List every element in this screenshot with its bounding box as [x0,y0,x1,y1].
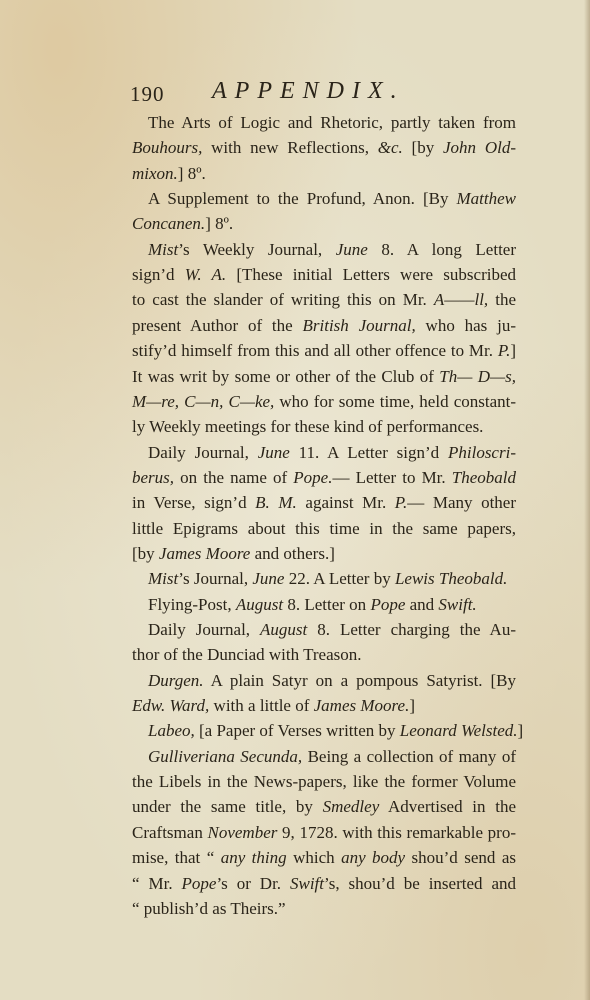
text-span: 8. Letter on [283,595,370,614]
text-span: ] [510,341,516,360]
italic-text: British Journal, [303,316,416,335]
text-span: ] [518,721,524,740]
text-line: [by James Moore and others.] [132,544,516,564]
italic-text: James Moore [159,544,250,563]
text-line: Daily Journal, June 11. A Letter sign’d … [148,443,516,463]
text-line: stify’d himself from this and all other … [132,341,516,361]
text-span: 8. Letter charging the Au- [307,620,516,639]
italic-text: Lewis Theobald. [395,569,507,588]
italic-text: W. A. [185,265,226,284]
text-span: ’s Weekly Journal, [178,240,336,259]
text-line: in Verse, sign’d B. M. against Mr. P.— M… [132,493,516,513]
text-line: thor of the Dunciad with Treason. [132,645,516,665]
italic-text: August [236,595,283,614]
text-span: shou’d send as [405,848,516,867]
text-span: ’s, shou’d be inserted and [324,874,516,893]
text-line: Daily Journal, August 8. Letter charging… [148,620,516,640]
text-span: “ Mr. [132,874,182,893]
italic-text: &c. [378,138,403,157]
italic-text: B. M. [255,493,297,512]
italic-text: Edw. Ward, [132,696,209,715]
text-span: present Author of the [132,316,303,335]
text-span: on the name of [174,468,293,487]
italic-text: Swift [290,874,324,893]
text-span: 9, 1728. with this remarkable pro- [277,823,516,842]
page-edge-shadow [584,0,590,1000]
italic-text: Philoscri- [448,443,516,462]
text-span: and [405,595,438,614]
text-span: A Supplement to the Profund, Anon. [By [148,189,457,208]
text-span: Being a collection of many of [302,747,516,766]
italic-text: Pope [370,595,405,614]
running-head: APPENDIX. [212,78,405,105]
text-span: The Arts of Logic and Rhetoric, partly t… [148,113,516,132]
text-span: which [287,848,341,867]
text-span: and others.] [250,544,335,563]
text-span: against Mr. [297,493,395,512]
text-line: “ publish’d as Theirs.” [132,899,516,919]
text-span: Daily Journal, [148,443,258,462]
italic-text: Theobald [452,468,516,487]
text-span: sign’d [132,265,185,284]
italic-text: November [208,823,278,842]
italic-text: Bouhours, [132,138,202,157]
italic-text: June [336,240,368,259]
text-span: [by [403,138,443,157]
text-line: Concanen.] 8º. [132,214,516,234]
italic-text: James Moore. [314,696,410,715]
text-span: Flying-Post, [148,595,236,614]
text-line: The Arts of Logic and Rhetoric, partly t… [148,113,516,133]
text-span: — Letter to Mr. [332,468,451,487]
text-span: under the same title, by [132,797,323,816]
text-span: Advertised in the [379,797,516,816]
text-line: ly Weekly meetings for these kind of per… [132,417,516,437]
text-line: Mist’s Journal, June 22. A Letter by Lew… [148,569,516,589]
italic-text: Leonard Welsted. [400,721,518,740]
text-span: 8. A long Letter [368,240,516,259]
text-line: Durgen. A plain Satyr on a pompous Satyr… [148,671,516,691]
italic-text: Th— D—s, [439,367,516,386]
text-span: thor of the Dunciad with Treason. [132,645,361,664]
text-span: ] 8º. [205,214,233,233]
italic-text: Swift. [438,595,476,614]
italic-text: P. [498,341,510,360]
text-line: Bouhours, with new Reflections, &c. [by … [132,138,516,158]
text-span: with a little of [209,696,313,715]
text-line: Craftsman November 9, 1728. with this re… [132,823,516,843]
italic-text: John Old- [443,138,516,157]
text-line: to cast the slander of writing this on M… [132,290,516,310]
text-span: Craftsman [132,823,208,842]
text-line: It was writ by some or other of the Club… [132,367,516,387]
italic-text: Durgen. [148,671,204,690]
text-span: “ publish’d as Theirs.” [132,899,286,918]
text-line: under the same title, by Smedley Adverti… [132,797,516,817]
text-span: the [488,290,516,309]
italic-text: Pope [182,874,217,893]
text-span: little Epigrams about this time in the s… [132,519,516,538]
italic-text: Labeo, [148,721,195,740]
text-line: A Supplement to the Profund, Anon. [By M… [148,189,516,209]
text-line: Gulliveriana Secunda, Being a collection… [148,747,516,767]
text-line: sign’d W. A. [These initial Letters were… [132,265,516,285]
italic-text: any body [341,848,405,867]
italic-text: M—re, C—n, C—ke, [132,392,274,411]
text-span: 11. A Letter sign’d [290,443,448,462]
italic-text: berus, [132,468,174,487]
italic-text: P. [395,493,407,512]
italic-text: Concanen. [132,214,205,233]
text-span: A plain Satyr on a pompous Satyrist. [By [204,671,516,690]
text-span: in Verse, sign’d [132,493,255,512]
text-span: ] 8º. [178,164,206,183]
text-line: present Author of the British Journal, w… [132,316,516,336]
text-line: Edw. Ward, with a little of James Moore.… [132,696,516,716]
text-line: mise, that “ any thing which any body sh… [132,848,516,868]
text-span: who has ju- [416,316,516,335]
italic-text: Smedley [323,797,380,816]
text-span: — Many other [407,493,516,512]
italic-text: Mist [148,240,178,259]
text-span: ] [409,696,415,715]
text-span: ly Weekly meetings for these kind of per… [132,417,483,436]
italic-text: Matthew [457,189,517,208]
italic-text: June [258,443,290,462]
text-span: with new Reflections, [202,138,377,157]
text-span: ’s or Dr. [216,874,290,893]
text-span: [by [132,544,159,563]
text-line: Flying-Post, August 8. Letter on Pope an… [148,595,516,615]
text-line: the Libels in the News-papers, like the … [132,772,516,792]
text-span: It was writ by some or other of the Club… [132,367,439,386]
text-line: little Epigrams about this time in the s… [132,519,516,539]
italic-text: A——ll, [434,290,488,309]
book-page: 190 APPENDIX. The Arts of Logic and Rhet… [0,0,590,1000]
italic-text: mixon. [132,164,178,183]
text-span: ’s Journal, [178,569,252,588]
text-span: to cast the slander of writing this on M… [132,290,434,309]
text-span: stify’d himself from this and all other … [132,341,498,360]
text-line: mixon.] 8º. [132,164,516,184]
italic-text: Mist [148,569,178,588]
page-number: 190 [130,82,165,107]
italic-text: Gulliveriana Secunda, [148,747,302,766]
text-span: the Libels in the News-papers, like the … [132,772,516,791]
text-span: [a Paper of Verses written by [195,721,400,740]
page-header: 190 APPENDIX. [130,78,430,106]
text-line: “ Mr. Pope’s or Dr. Swift’s, shou’d be i… [132,874,516,894]
text-span: 22. A Letter by [284,569,394,588]
text-span: mise, that “ [132,848,221,867]
text-span: who for some time, held constant- [274,392,516,411]
italic-text: June [252,569,284,588]
text-line: M—re, C—n, C—ke, who for some time, held… [132,392,516,412]
italic-text: any thing [221,848,287,867]
text-span: Daily Journal, [148,620,260,639]
text-span: [These initial Letters were subscribed [226,265,516,284]
text-line: Mist’s Weekly Journal, June 8. A long Le… [148,240,516,260]
text-line: Labeo, [a Paper of Verses written by Leo… [148,721,516,741]
text-line: berus, on the name of Pope.— Letter to M… [132,468,516,488]
italic-text: Pope. [293,468,332,487]
italic-text: August [260,620,307,639]
